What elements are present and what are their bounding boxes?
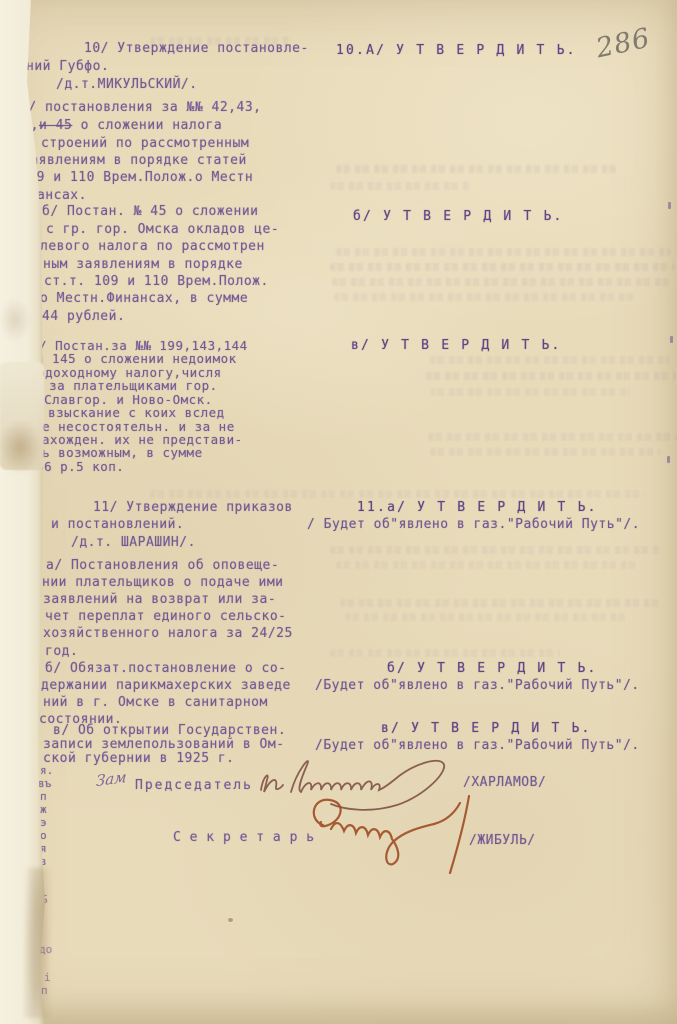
faint-smudge bbox=[0, 298, 30, 342]
page-number-pencil: 286 bbox=[593, 23, 653, 65]
ghost-text bbox=[345, 613, 625, 621]
typed-line: 44,и 45 о сложении налога bbox=[14, 119, 222, 133]
typed-line: ным заявлениям в порядке bbox=[43, 258, 243, 272]
typed-line: а/ Постановления об оповеще- bbox=[46, 559, 279, 573]
edge-ink-tick bbox=[667, 456, 670, 463]
margin-fragment: п bbox=[40, 790, 47, 803]
typed-line: со строений по рассмотренным bbox=[16, 137, 249, 151]
resolution-line: б/ У Т В Е Р Д И Т Ь. bbox=[387, 662, 598, 676]
ghost-text bbox=[332, 278, 672, 286]
edge-ink-tick bbox=[668, 202, 671, 209]
ghost-text bbox=[150, 490, 645, 498]
resolution-line: б/ У Т В Е Р Д И Т Ь. bbox=[353, 210, 564, 224]
edge-ink-tick bbox=[670, 336, 673, 343]
typed-line: хозяйственного налога за 24/25 bbox=[43, 627, 293, 641]
typed-line: и постановлений. bbox=[51, 518, 184, 532]
ghost-text bbox=[330, 649, 560, 657]
typed-line: лось возможным, в сумме bbox=[18, 446, 203, 460]
typed-line: 10/ Утверждение постановле- bbox=[84, 42, 309, 56]
typed-line: б/ Обязат.постановление о со- bbox=[45, 662, 286, 676]
typed-line: ний Губфо. bbox=[26, 60, 109, 74]
typed-line: держании парикмахерских заведе bbox=[41, 679, 291, 693]
typed-line: б/ Постан. № 45 о сложении bbox=[42, 205, 259, 219]
typed-line: ской губернии в 1925 г. bbox=[43, 752, 235, 766]
typed-line: /д.т. ШАРАШИН/. bbox=[71, 536, 196, 550]
typed-line: 44 рублей. bbox=[42, 310, 125, 324]
ghost-text bbox=[336, 165, 616, 173]
speck bbox=[228, 918, 233, 922]
typed-line: год. bbox=[45, 645, 78, 659]
resolution-line: в/ У Т В Е Р Д И Т Ь. bbox=[381, 722, 592, 736]
typed-line: в/ Об открытии Государствен. bbox=[53, 724, 286, 738]
margin-fragment: ж bbox=[40, 803, 47, 816]
resolution-line: в/ У Т В Е Р Д И Т Ь. bbox=[351, 339, 562, 353]
typed-text: о сложении налога bbox=[72, 118, 222, 133]
typed-line: левого налога по рассмотрен bbox=[40, 240, 265, 254]
typed-line: заявлениям в порядке статей bbox=[22, 154, 247, 168]
typed-line: и 145 о сложении недоимок bbox=[36, 352, 237, 366]
typed-line: 11/ Утверждение приказов bbox=[93, 501, 293, 515]
ghost-text bbox=[336, 561, 636, 569]
typed-line: нии плательщиков о подаче ими bbox=[42, 576, 283, 590]
ghost-text bbox=[430, 356, 670, 364]
ghost-text bbox=[430, 388, 630, 396]
typed-text-struck: и 45 bbox=[39, 118, 72, 133]
secretary-signature bbox=[314, 796, 469, 873]
margin-fragment: я. bbox=[40, 764, 53, 777]
margin-fragment: въ bbox=[38, 777, 51, 790]
chairman-signature bbox=[261, 761, 444, 810]
margin-fragment: э bbox=[40, 816, 47, 829]
typed-line: ст.т. 109 и 110 Врем.Полож. bbox=[44, 275, 269, 289]
note-line: /Будет об"явлено в газ."Рабочий Путь"/. bbox=[315, 679, 640, 693]
typed-line: чет переплат единого сельско- bbox=[45, 610, 286, 624]
ghost-text bbox=[334, 293, 634, 301]
typed-line: с гр. гор. Омска окладов це- bbox=[46, 223, 279, 237]
ghost-text bbox=[426, 372, 676, 380]
typed-line: /д.т.МИКУЛЬСКИЙ/. bbox=[56, 78, 198, 92]
ghost-text bbox=[330, 263, 675, 271]
document-scan-page: 286 10/ Утверждение постановле- ний Губф… bbox=[0, 0, 677, 1024]
ghost-text bbox=[340, 599, 660, 607]
ghost-text bbox=[430, 448, 660, 456]
ghost-text bbox=[330, 182, 470, 190]
typed-line: заявлений на возврат или за- bbox=[43, 593, 276, 607]
ghost-text bbox=[428, 433, 677, 441]
resolution-line: 10.А/ У Т В Е Р Д И Т Ь. bbox=[336, 44, 577, 58]
typed-line: а/ постановления за №№ 42,43, bbox=[20, 101, 261, 115]
ghost-text bbox=[330, 546, 660, 554]
ghost-text bbox=[336, 248, 671, 256]
edge-smudge bbox=[24, 868, 52, 1018]
typed-line: ний в г. Омске в санитарном bbox=[43, 696, 268, 710]
handwritten-zam-prefix: Зам bbox=[96, 768, 128, 791]
note-line: / Будет об"явлено в газ."Рабочий Путь"/. bbox=[307, 518, 640, 532]
resolution-line: 11.а/ У Т В Е Р Д И Т Ь. bbox=[357, 501, 598, 515]
typed-line: о Местн.Финансах, в сумме bbox=[40, 292, 248, 306]
brown-stain bbox=[2, 420, 42, 474]
typed-line: 109 и 110 Врем.Полож.о Местн bbox=[20, 171, 253, 185]
chairman-and-secretary-signatures bbox=[225, 746, 525, 886]
